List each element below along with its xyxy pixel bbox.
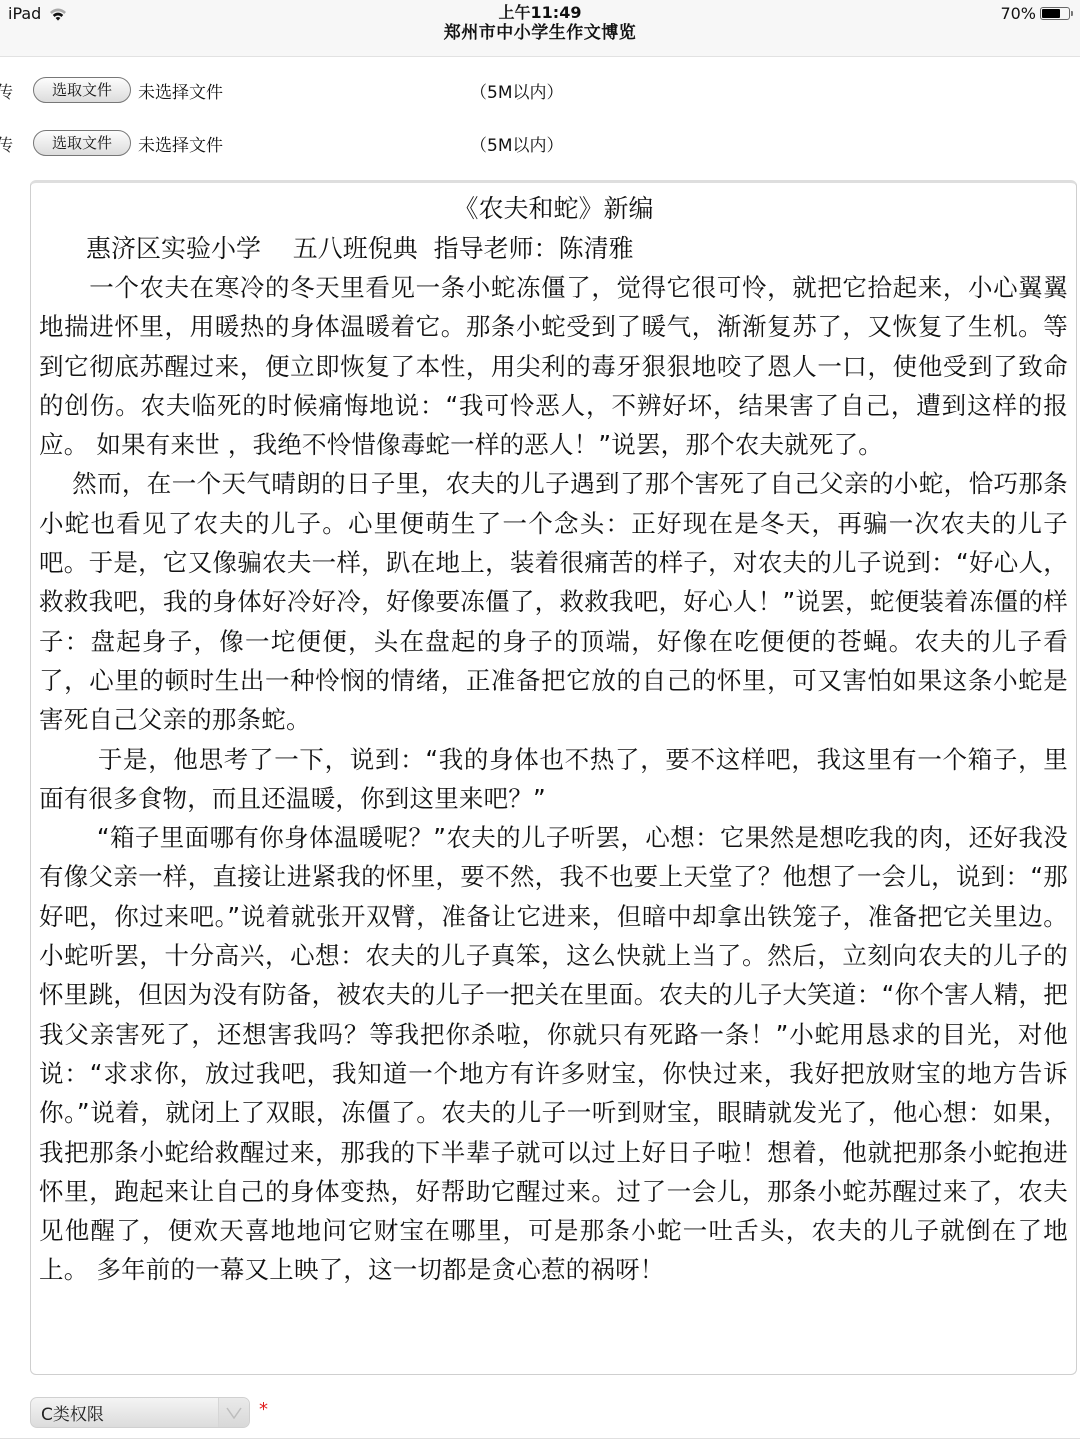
status-right: 70% [1000, 4, 1070, 23]
required-indicator: * [259, 1399, 268, 1420]
choose-file-button-1[interactable]: 选取文件 [33, 77, 131, 103]
essay-paragraph: “箱子里面哪有你身体温暖呢？”农夫的儿子听罢，心想：它果然是想吃我的肉，还好我没… [39, 818, 1068, 1290]
upload-label-cut: 传 [0, 78, 16, 103]
chevron-down-icon[interactable] [218, 1398, 249, 1427]
essay-paragraph: 于是，他思考了一下，说到：“我的身体也不热了，要不这样吧，我这里有一个箱子，里面… [39, 740, 1068, 819]
essay-paragraph: 然而，在一个天气晴朗的日子里，农夫的儿子遇到了那个害死了自己父亲的小蛇，恰巧那条… [39, 464, 1068, 739]
file-size-limit-2: （5M以内） [470, 131, 563, 156]
essay-title: 《农夫和蛇》新编 [39, 189, 1068, 229]
file-status-2: 未选择文件 [138, 131, 223, 156]
status-bar: iPad 上午11:49 郑州市中小学生作文博览 70% [0, 0, 1080, 57]
choose-file-button-2[interactable]: 选取文件 [33, 130, 131, 156]
essay-byline: 惠济区实验小学 五八班倪典 指导老师：陈清雅 [39, 229, 1068, 268]
battery-icon [1040, 7, 1070, 20]
essay-textarea[interactable]: 《农夫和蛇》新编 惠济区实验小学 五八班倪典 指导老师：陈清雅 一个农夫在寒冷的… [30, 180, 1077, 1375]
permission-select-value: C类权限 [31, 1400, 218, 1425]
permission-select[interactable]: C类权限 [30, 1397, 250, 1428]
status-center: 上午11:49 郑州市中小学生作文博览 [0, 3, 1080, 43]
essay-paragraph: 一个农夫在寒冷的冬天里看见一条小蛇冻僵了，觉得它很可怜，就把它拾起来，小心翼翼地… [39, 268, 1068, 464]
battery-percent: 70% [1000, 4, 1036, 23]
page-title: 郑州市中小学生作文博览 [0, 23, 1080, 43]
clock: 上午11:49 [0, 3, 1080, 23]
upload-label-cut: 传 [0, 131, 16, 156]
file-size-limit-1: （5M以内） [470, 78, 563, 103]
file-status-1: 未选择文件 [138, 78, 223, 103]
divider [0, 1438, 1080, 1439]
